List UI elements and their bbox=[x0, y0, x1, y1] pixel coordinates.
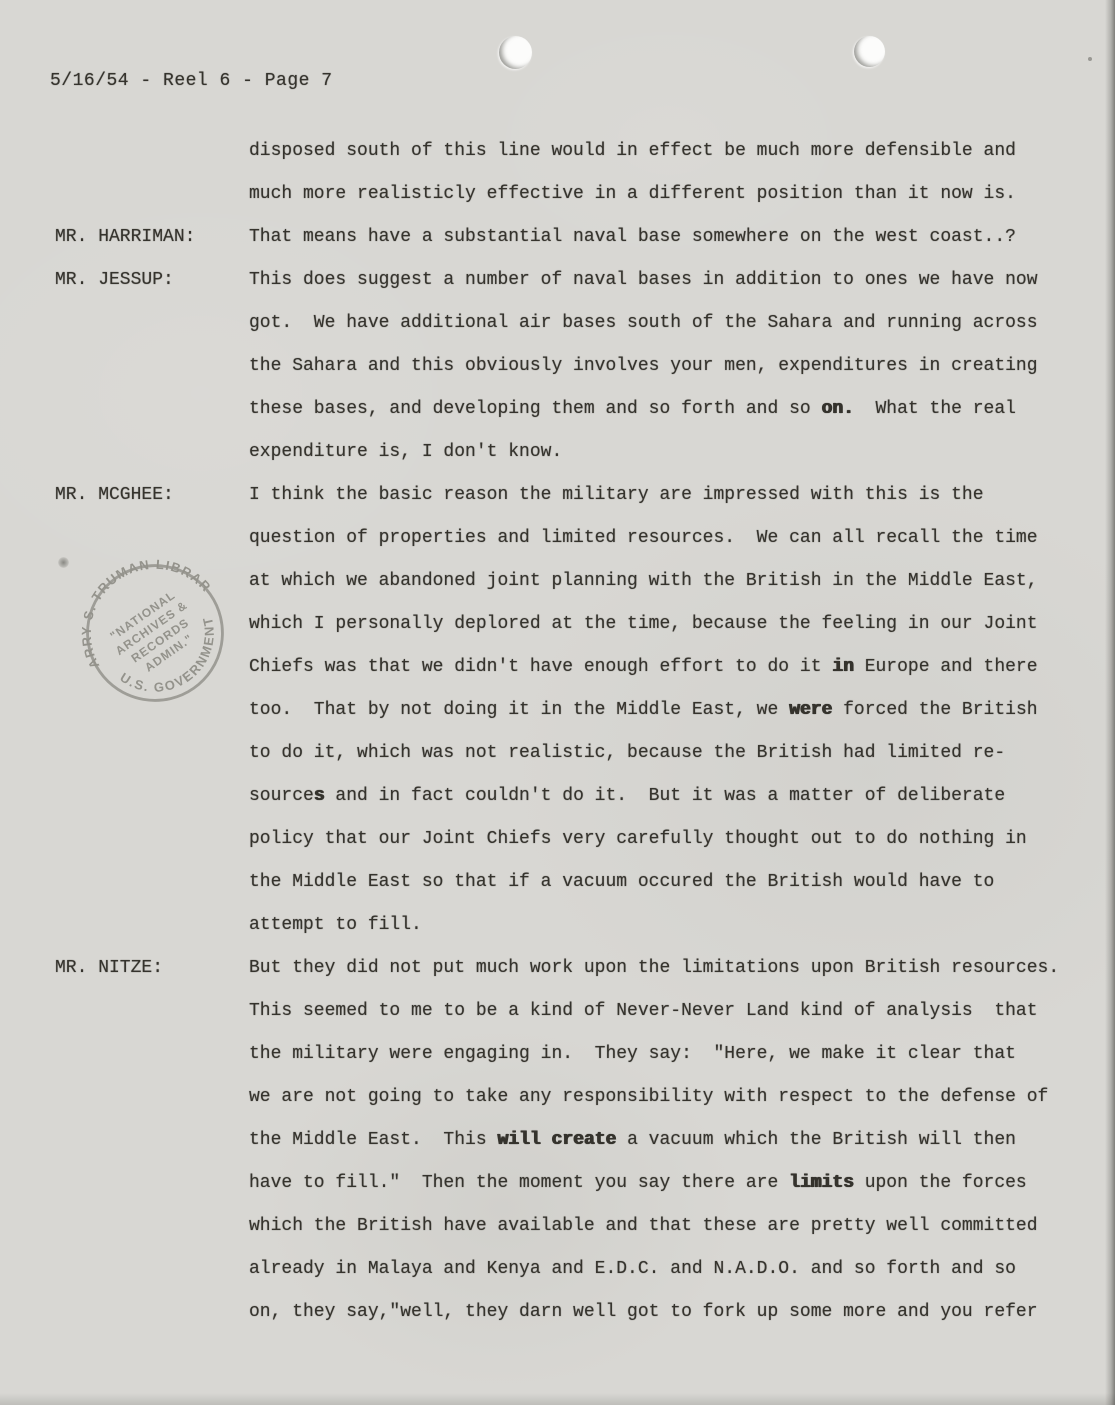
transcript-line: I think the basic reason the military ar… bbox=[249, 474, 984, 517]
speaker-label: MR. NITZE: bbox=[55, 947, 163, 990]
transcript-line: sources and in fact couldn't do it. But … bbox=[249, 775, 1005, 818]
transcript-line: on, they say,"well, they darn well got t… bbox=[249, 1291, 1038, 1334]
transcript-line: attempt to fill. bbox=[249, 904, 422, 947]
transcript-line: we are not going to take any responsibil… bbox=[249, 1076, 1048, 1119]
speaker-label: MR. MCGHEE: bbox=[55, 474, 174, 517]
ink-smudge bbox=[58, 557, 69, 568]
transcript-line: question of properties and limited resou… bbox=[249, 517, 1038, 560]
punch-hole bbox=[499, 36, 532, 69]
transcript-line: at which we abandoned joint planning wit… bbox=[249, 560, 1038, 603]
stamp-arc-top-text: HARRY S. TRUMAN LIBRARY bbox=[34, 512, 215, 683]
paper-speck bbox=[1088, 57, 1092, 61]
punch-hole bbox=[854, 36, 885, 67]
transcript-line: these bases, and developing them and so … bbox=[249, 388, 1016, 431]
transcript-line: But they did not put much work upon the … bbox=[249, 947, 1059, 990]
transcript-line: which the British have available and tha… bbox=[249, 1205, 1038, 1248]
transcript-line: That means have a substantial naval base… bbox=[249, 216, 1016, 259]
speaker-label: MR. JESSUP: bbox=[55, 259, 174, 302]
archive-stamp: HARRY S. TRUMAN LIBRARY U.S. GOVERNMENT … bbox=[34, 512, 276, 754]
transcript-line: This seemed to me to be a kind of Never-… bbox=[249, 990, 1038, 1033]
transcript-line: expenditure is, I don't know. bbox=[249, 431, 562, 474]
transcript-line: have to fill." Then the moment you say t… bbox=[249, 1162, 1027, 1205]
scanned-document-page: 5/16/54 - Reel 6 - Page 7 HARRY S. TRUMA… bbox=[0, 0, 1115, 1405]
transcript-line: the Middle East. This will create a vacu… bbox=[249, 1119, 1016, 1162]
transcript-line: which I personally deplored at the time,… bbox=[249, 603, 1038, 646]
transcript-line: policy that our Joint Chiefs very carefu… bbox=[249, 818, 1027, 861]
transcript-line: got. We have additional air bases south … bbox=[249, 302, 1038, 345]
transcript-line: Chiefs was that we didn't have enough ef… bbox=[249, 646, 1038, 689]
transcript-line: the Middle East so that if a vacuum occu… bbox=[249, 861, 994, 904]
speaker-label: MR. HARRIMAN: bbox=[55, 216, 195, 259]
transcript-line: much more realisticly effective in a dif… bbox=[249, 173, 1016, 216]
transcript-line: too. That by not doing it in the Middle … bbox=[249, 689, 1038, 732]
transcript-line: This does suggest a number of naval base… bbox=[249, 259, 1038, 302]
transcript-line: the military were engaging in. They say:… bbox=[249, 1033, 1016, 1076]
transcript-line: disposed south of this line would in eff… bbox=[249, 130, 1016, 173]
page-header: 5/16/54 - Reel 6 - Page 7 bbox=[50, 70, 333, 92]
transcript-line: already in Malaya and Kenya and E.D.C. a… bbox=[249, 1248, 1016, 1291]
transcript-line: the Sahara and this obviously involves y… bbox=[249, 345, 1038, 388]
transcript-line: to do it, which was not realistic, becau… bbox=[249, 732, 1005, 775]
